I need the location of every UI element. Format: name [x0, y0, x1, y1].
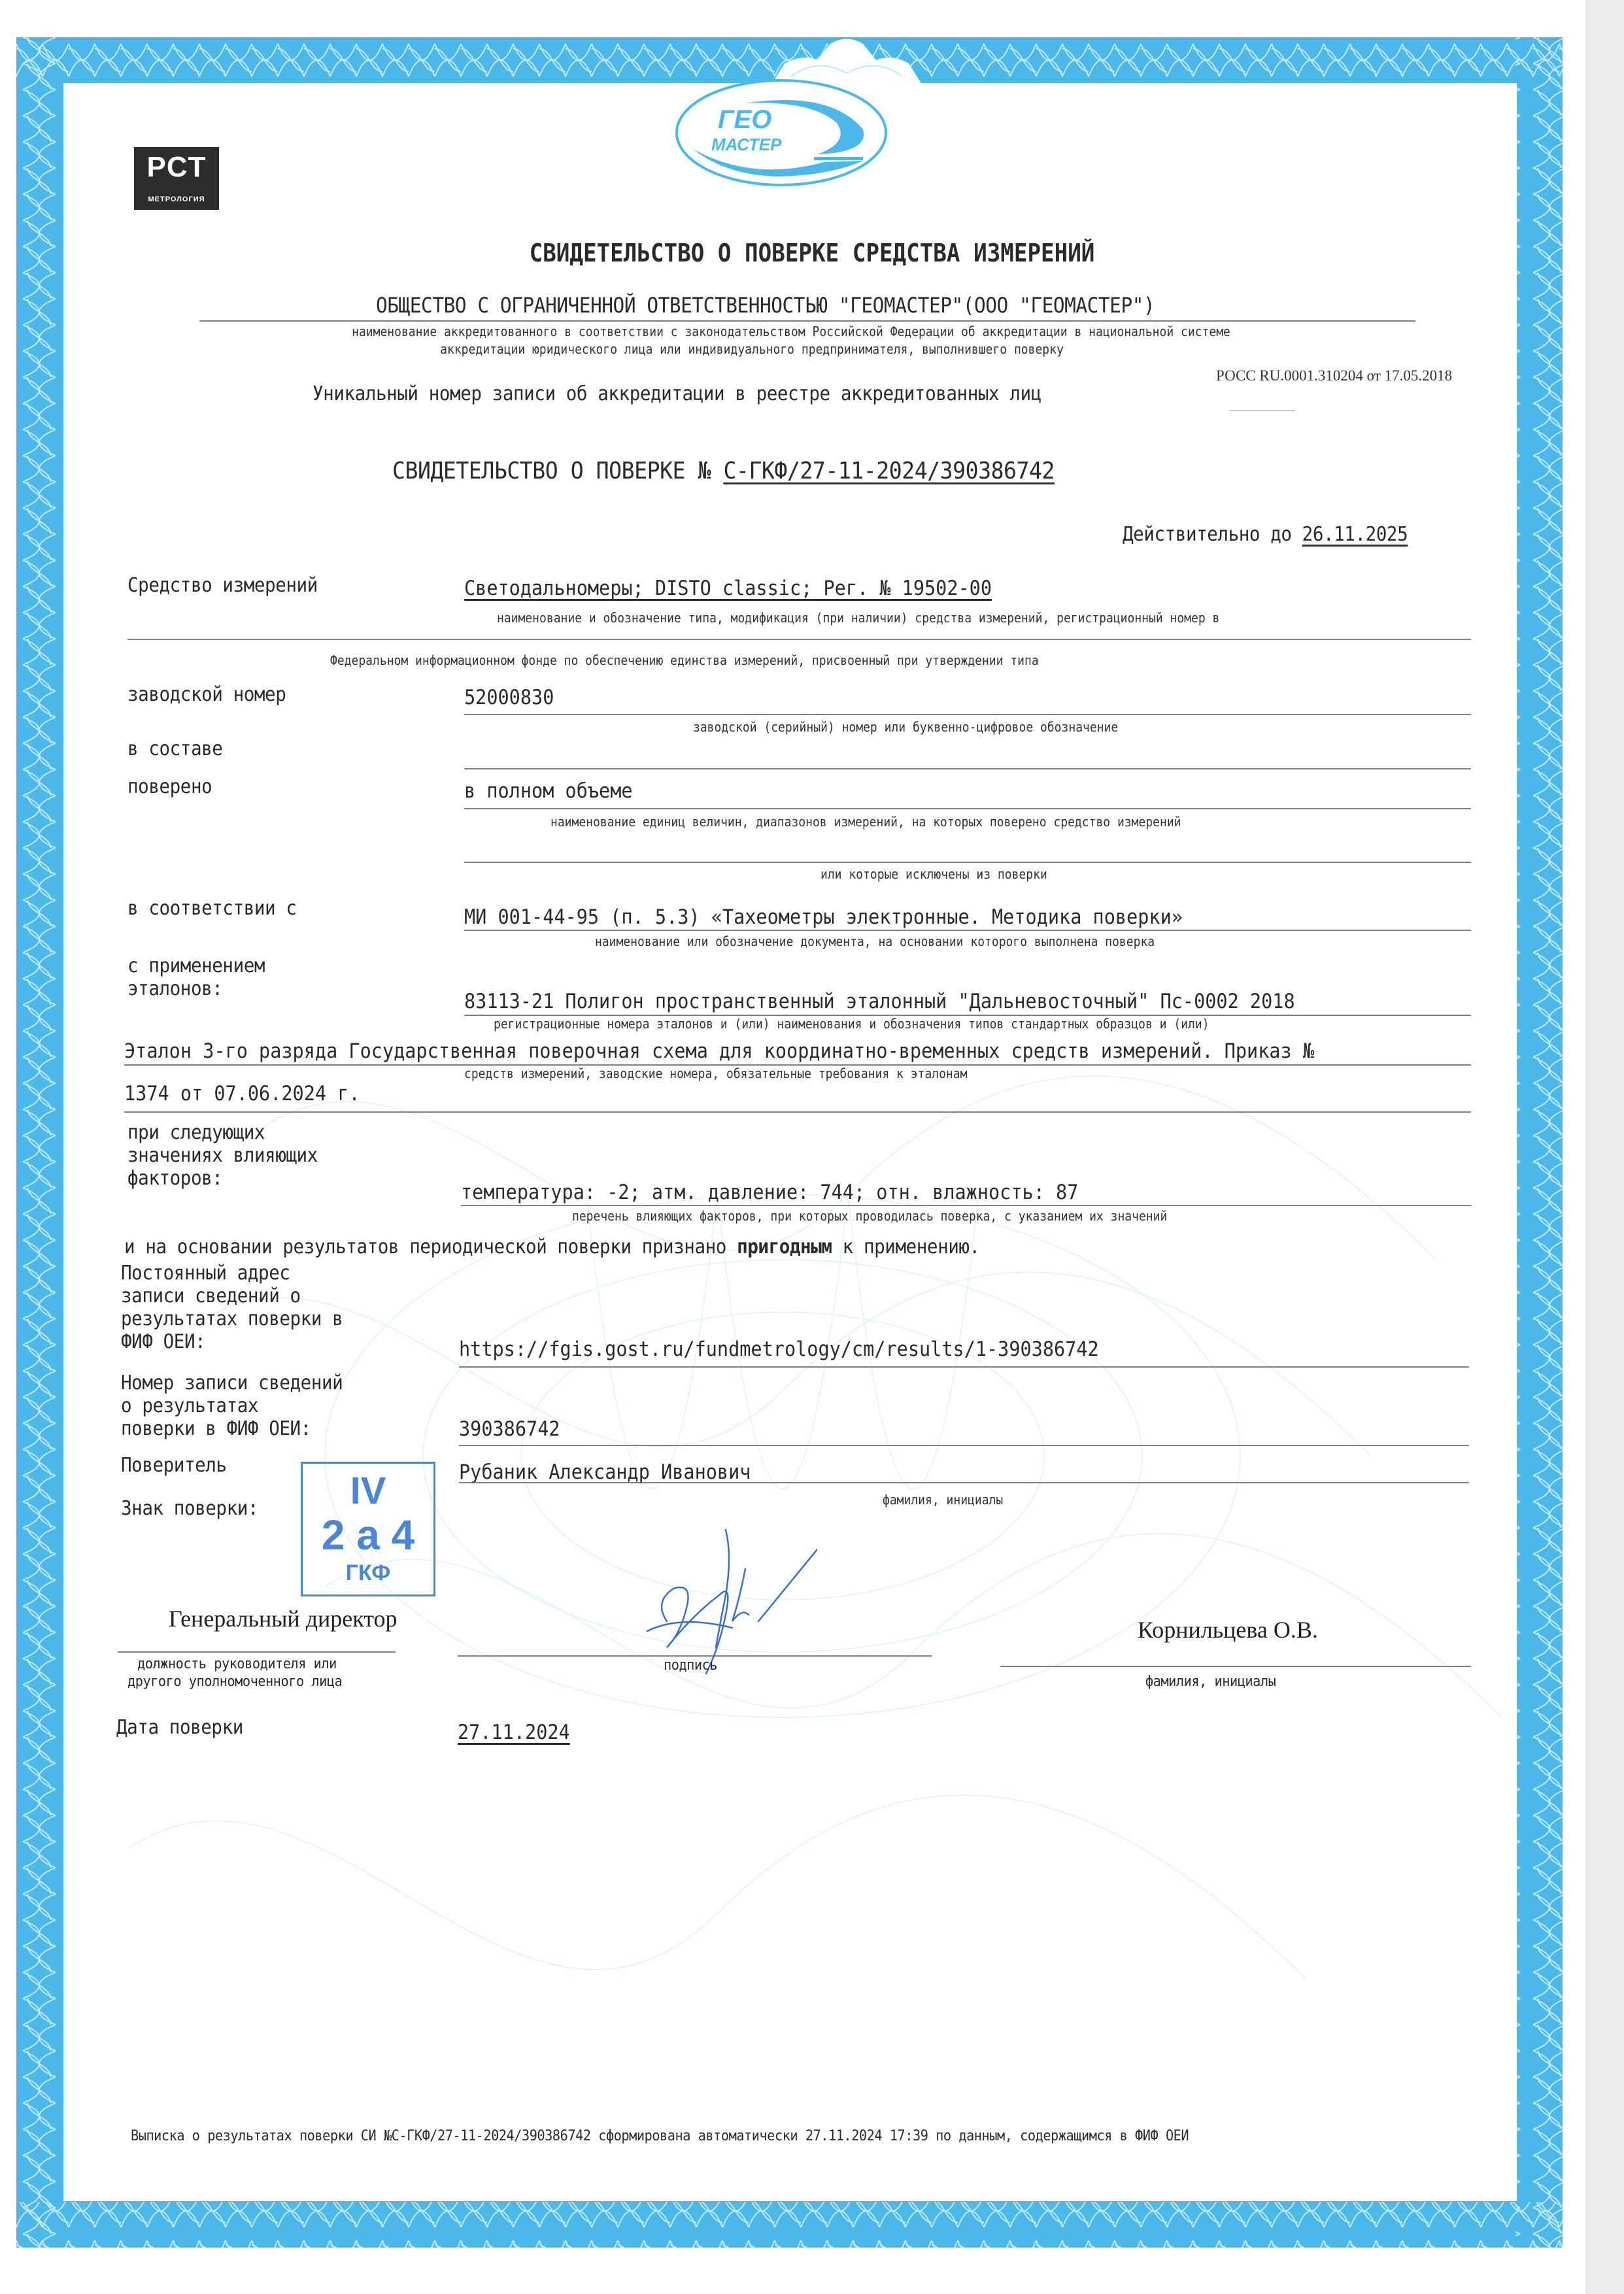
- conclusion-suffix: к применению.: [843, 1236, 980, 1258]
- pcti-logo-text: PCT: [134, 151, 219, 184]
- serial-value: 52000830: [464, 686, 554, 709]
- verified-value: в полном объеме: [464, 779, 633, 803]
- stamp-organization: ГКФ: [303, 1560, 433, 1586]
- record-label-1: Номер записи сведений: [121, 1372, 343, 1394]
- verifier-value: Рубаник Александр Иванович: [459, 1460, 751, 1484]
- record-label-3: поверки в ФИФ ОЕИ:: [121, 1417, 311, 1440]
- certificate-number-row: СВИДЕТЕЛЬСТВО О ПОВЕРКЕ № С-ГКФ/27-11-20…: [392, 458, 1055, 484]
- serial-label: заводской номер: [127, 683, 286, 706]
- standards-label-2: эталонов:: [127, 977, 222, 1000]
- signatory-position: Генеральный директор: [169, 1605, 398, 1632]
- verification-date-label: Дата поверки: [116, 1716, 243, 1739]
- valid-until-label: Действительно до: [1123, 523, 1292, 546]
- standards-label-1: с применением: [127, 954, 265, 977]
- according-to-value: МИ 001-44-95 (п. 5.3) «Тахеометры электр…: [464, 905, 1183, 929]
- record-label-2: о результатах: [121, 1394, 258, 1417]
- certificate-number: С-ГКФ/27-11-2024/390386742: [724, 458, 1055, 484]
- organization-hint-1: наименование аккредитованного в соответс…: [79, 324, 1503, 339]
- valid-until-date: 26.11.2025: [1302, 523, 1408, 546]
- organization-name: ОБЩЕСТВО С ОГРАНИЧЕННОЙ ОТВЕТСТВЕННОСТЬЮ…: [376, 293, 1155, 318]
- factors-value: температура: -2; атм. давление: 744; отн…: [461, 1181, 1078, 1204]
- serial-hint: заводской (серийный) номер или буквенно-…: [693, 719, 1118, 735]
- factors-label-3: факторов:: [127, 1167, 222, 1190]
- signatory-name: Корнильцева О.В.: [1138, 1616, 1318, 1644]
- verification-stamp: IV 2 а 4 ГКФ: [301, 1462, 435, 1596]
- factors-label-2: значениях влияющих: [127, 1144, 318, 1167]
- position-hint-2: другого уполномоченного лица: [127, 1674, 342, 1690]
- record-number-value: 390386742: [459, 1417, 560, 1441]
- standards-value-3: 1374 от 07.06.2024 г.: [124, 1082, 360, 1105]
- pcti-logo: PCT МЕТРОЛОГИЯ: [134, 147, 219, 210]
- accreditation-label: Уникальный номер записи об аккредитации …: [313, 382, 1041, 405]
- standards-value-1: 83113-21 Полигон пространственный эталон…: [464, 990, 1295, 1013]
- certificate-number-label: СВИДЕТЕЛЬСТВО О ПОВЕРКЕ №: [392, 458, 711, 484]
- verified-label: поверено: [127, 775, 212, 798]
- geomaster-logo: ГЕО МАСТЕР: [673, 77, 889, 188]
- instrument-hint-1: наименование и обозначение типа, модифик…: [497, 610, 1219, 626]
- according-to-hint: наименование или обозначение документа, …: [595, 934, 1155, 949]
- verifier-label: Поверитель: [121, 1454, 227, 1477]
- verified-hint-1: наименование единиц величин, диапазонов …: [550, 814, 1181, 830]
- verification-date-value: 27.11.2024: [458, 1721, 570, 1744]
- standards-hint-2: средств измерений, заводские номера, обя…: [464, 1066, 967, 1081]
- instrument-hint-2: Федеральном информационном фонде по обес…: [330, 652, 1039, 668]
- address-label-3: результатах поверки в: [121, 1307, 343, 1330]
- accreditation-number: РОСС RU.0001.310204 от 17.05.2018: [1216, 367, 1452, 384]
- document-title: СВИДЕТЕЛЬСТВО О ПОВЕРКЕ СРЕДСТВА ИЗМЕРЕН…: [81, 239, 1543, 267]
- valid-until-row: Действительно до 26.11.2025: [1123, 523, 1408, 546]
- stamp-code: 2 а 4: [303, 1511, 433, 1559]
- standards-hint-1: регистрационные номера эталонов и (или) …: [494, 1016, 1210, 1032]
- address-label-4: ФИФ ОЕИ:: [121, 1330, 205, 1353]
- composition-label: в составе: [127, 737, 222, 760]
- address-label-2: записи сведений о: [121, 1285, 301, 1307]
- footer-extract-note: Выписка о результатах поверки СИ №С-ГКФ/…: [131, 2128, 1189, 2144]
- conclusion-prefix: и на основании результатов периодической…: [124, 1236, 726, 1258]
- scan-edge: [1585, 0, 1624, 2294]
- factors-label-1: при следующих: [127, 1121, 265, 1144]
- address-label-1: Постоянный адрес: [121, 1262, 290, 1285]
- signatory-name-hint: фамилия, инициалы: [1145, 1674, 1276, 1690]
- standards-value-2: Эталон 3-го разряда Государственная пове…: [124, 1039, 1314, 1063]
- geomaster-logo-line2: МАСТЕР: [711, 135, 782, 154]
- instrument-label: Средство измерений: [127, 574, 318, 597]
- results-url-link[interactable]: https://fgis.gost.ru/fundmetrology/cm/re…: [459, 1338, 1099, 1361]
- verified-hint-2: или которые исключены из поверки: [820, 866, 1047, 882]
- signature-hint: подпись: [664, 1657, 717, 1674]
- factors-hint: перечень влияющих факторов, при которых …: [572, 1208, 1167, 1224]
- pcti-logo-subtitle: МЕТРОЛОГИЯ: [134, 195, 219, 203]
- position-hint-1: должность руководителя или: [137, 1656, 337, 1672]
- organization-hint-2: аккредитации юридического лица или индив…: [75, 341, 1429, 357]
- conclusion-row: и на основании результатов периодической…: [124, 1236, 980, 1258]
- geomaster-logo-line1: ГЕО: [718, 105, 771, 134]
- verification-mark-label: Знак поверки:: [121, 1497, 258, 1520]
- stamp-quarter: IV: [303, 1469, 433, 1513]
- instrument-value: Светодальномеры; DISTO classic; Рег. № 1…: [464, 577, 992, 600]
- conclusion-verdict: пригодным: [737, 1236, 832, 1258]
- according-to-label: в соответствии с: [127, 897, 297, 920]
- verifier-hint: фамилия, инициалы: [883, 1492, 1003, 1508]
